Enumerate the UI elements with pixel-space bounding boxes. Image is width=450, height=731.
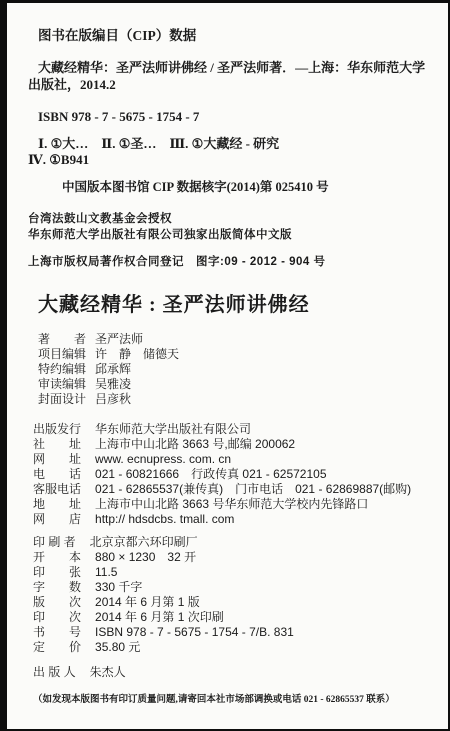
printing-value: 11.5 — [95, 565, 117, 579]
printing-label: 定 价 — [33, 640, 81, 655]
publisher-label: 网 址 — [33, 452, 81, 467]
publisher-label: 客服电话 — [33, 482, 81, 497]
printing-value: 2014 年 6 月第 1 次印刷 — [95, 610, 224, 624]
publisher-label: 电 话 — [33, 467, 81, 482]
cip-class-line1: Ⅰ. ①大… Ⅱ. ①圣… Ⅲ. ①大藏经 - 研究 — [28, 136, 442, 152]
license-line1: 台湾法鼓山文教基金会授权 — [28, 211, 442, 227]
credit-label: 著 者 — [38, 332, 86, 347]
publisher-value: http:// hdsdcbs. tmall. com — [95, 512, 234, 526]
quality-notice: （如发现本版图书有印订质量问题,请寄回本社市场部调换或电话 021 - 6286… — [28, 693, 442, 707]
credits-block: 著 者圣严法师 项目编辑许 静 储德天 特约编辑邱承辉 审读编辑吴雅凌 封面设计… — [28, 332, 442, 407]
printing-label: 字 数 — [33, 580, 81, 595]
scanned-page-edge: 图书在版编目（CIP）数据 大藏经精华：圣严法师讲佛经 / 圣严法师著．—上海：… — [0, 0, 450, 731]
publisher-value: 上海市中山北路 3663 号华东师范大学校内先锋路口 — [95, 497, 368, 511]
license-line2: 华东师范大学出版社有限公司独家出版简体中文版 — [28, 227, 442, 243]
publisher-label: 出版发行 — [33, 422, 81, 437]
publisher-value: 上海市中山北路 3663 号,邮编 200062 — [95, 437, 295, 451]
publisher-row-phone: 电 话021 - 60821666 行政传真 021 - 62572105 — [28, 467, 442, 482]
credit-label: 审读编辑 — [38, 377, 86, 392]
printing-row-edition: 版 次2014 年 6 月第 1 版 — [28, 595, 442, 610]
printing-row-price: 定 价35.80 元 — [28, 640, 442, 655]
cip-heading: 图书在版编目（CIP）数据 — [28, 27, 442, 45]
publisher-block: 出版发行华东师范大学出版社有限公司 社 址上海市中山北路 3663 号,邮编 2… — [28, 422, 442, 527]
printing-value: 2014 年 6 月第 1 版 — [95, 595, 200, 609]
printing-label: 印 张 — [33, 565, 81, 580]
credit-label: 特约编辑 — [38, 362, 86, 377]
printing-row-sheets: 印 张11.5 — [28, 565, 442, 580]
printing-row-printer: 印 刷 者北京京都六环印刷厂 — [28, 535, 442, 550]
cip-entry-line1: 大藏经精华：圣严法师讲佛经 / 圣严法师著．—上海：华东师范大学 — [28, 59, 442, 76]
credit-value: 吴雅凌 — [95, 377, 131, 391]
printing-value: 330 千字 — [95, 580, 142, 594]
publisher-row-street-address: 地 址上海市中山北路 3663 号华东师范大学校内先锋路口 — [28, 497, 442, 512]
publisher-label: 社 址 — [33, 437, 81, 452]
credit-row-project-editor: 项目编辑许 静 储德天 — [28, 347, 442, 362]
printing-value: 北京京都六环印刷厂 — [90, 535, 198, 549]
cip-classification: Ⅰ. ①大… Ⅱ. ①圣… Ⅲ. ①大藏经 - 研究 Ⅳ. ①B941 — [28, 136, 442, 168]
credit-row-contributing-editor: 特约编辑邱承辉 — [28, 362, 442, 377]
printing-label: 印 刷 者 — [33, 535, 76, 550]
book-title: 大藏经精华 : 圣严法师讲佛经 — [28, 292, 442, 318]
printing-value: ISBN 978 - 7 - 5675 - 1754 - 7/B. 831 — [95, 625, 294, 639]
publisher-person-label: 出 版 人 — [33, 665, 76, 680]
cip-class-line2: Ⅳ. ①B941 — [28, 152, 442, 168]
publisher-row-service-phone: 客服电话021 - 62865537(兼传真) 门市电话 021 - 62869… — [28, 482, 442, 497]
printing-row-book-number: 书 号ISBN 978 - 7 - 5675 - 1754 - 7/B. 831 — [28, 625, 442, 640]
copyright-registration: 上海市版权局著作权合同登记 图字:09 - 2012 - 904 号 — [28, 254, 442, 270]
printing-row-format: 开 本880 × 1230 32 开 — [28, 550, 442, 565]
printing-value: 35.80 元 — [95, 640, 140, 654]
printing-label: 开 本 — [33, 550, 81, 565]
printing-label: 书 号 — [33, 625, 81, 640]
publisher-row-website: 网 址www. ecnupress. com. cn — [28, 452, 442, 467]
printing-label: 版 次 — [33, 595, 81, 610]
printing-block: 印 刷 者北京京都六环印刷厂 开 本880 × 1230 32 开 印 张11.… — [28, 535, 442, 655]
publisher-person-value: 朱杰人 — [90, 665, 126, 679]
cip-entry-line2: 出版社，2014.2 — [28, 76, 442, 93]
printing-value: 880 × 1230 32 开 — [95, 550, 196, 564]
publisher-person-row: 出 版 人朱杰人 — [28, 665, 442, 680]
publisher-value: www. ecnupress. com. cn — [95, 452, 231, 466]
cip-entry: 大藏经精华：圣严法师讲佛经 / 圣严法师著．—上海：华东师范大学 出版社，201… — [28, 59, 442, 93]
colophon-page: 图书在版编目（CIP）数据 大藏经精华：圣严法师讲佛经 / 圣严法师著．—上海：… — [7, 3, 448, 729]
credit-label: 项目编辑 — [38, 347, 86, 362]
publisher-label: 地 址 — [33, 497, 81, 512]
credit-value: 吕彦秋 — [95, 392, 131, 406]
credit-row-author: 著 者圣严法师 — [28, 332, 442, 347]
printing-row-impression: 印 次2014 年 6 月第 1 次印刷 — [28, 610, 442, 625]
credit-value: 邱承辉 — [95, 362, 131, 376]
credit-value: 圣严法师 — [95, 332, 143, 346]
printing-row-word-count: 字 数330 千字 — [28, 580, 442, 595]
credit-row-review-editor: 审读编辑吴雅凌 — [28, 377, 442, 392]
credit-value: 许 静 储德天 — [95, 347, 179, 361]
publisher-value: 021 - 62865537(兼传真) 门市电话 021 - 62869887(… — [95, 482, 411, 496]
publisher-value: 华东师范大学出版社有限公司 — [95, 422, 251, 436]
publisher-row-online-store: 网 店http:// hdsdcbs. tmall. com — [28, 512, 442, 527]
license-block: 台湾法鼓山文教基金会授权 华东师范大学出版社有限公司独家出版简体中文版 — [28, 211, 442, 243]
publisher-row-issuer: 出版发行华东师范大学出版社有限公司 — [28, 422, 442, 437]
credit-row-cover-design: 封面设计吕彦秋 — [28, 392, 442, 407]
publisher-label: 网 店 — [33, 512, 81, 527]
publisher-value: 021 - 60821666 行政传真 021 - 62572105 — [95, 467, 327, 481]
cip-verification: 中国版本图书馆 CIP 数据核字(2014)第 025410 号 — [28, 179, 442, 195]
cip-isbn: ISBN 978 - 7 - 5675 - 1754 - 7 — [28, 108, 442, 125]
printing-label: 印 次 — [33, 610, 81, 625]
publisher-row-address: 社 址上海市中山北路 3663 号,邮编 200062 — [28, 437, 442, 452]
credit-label: 封面设计 — [38, 392, 86, 407]
